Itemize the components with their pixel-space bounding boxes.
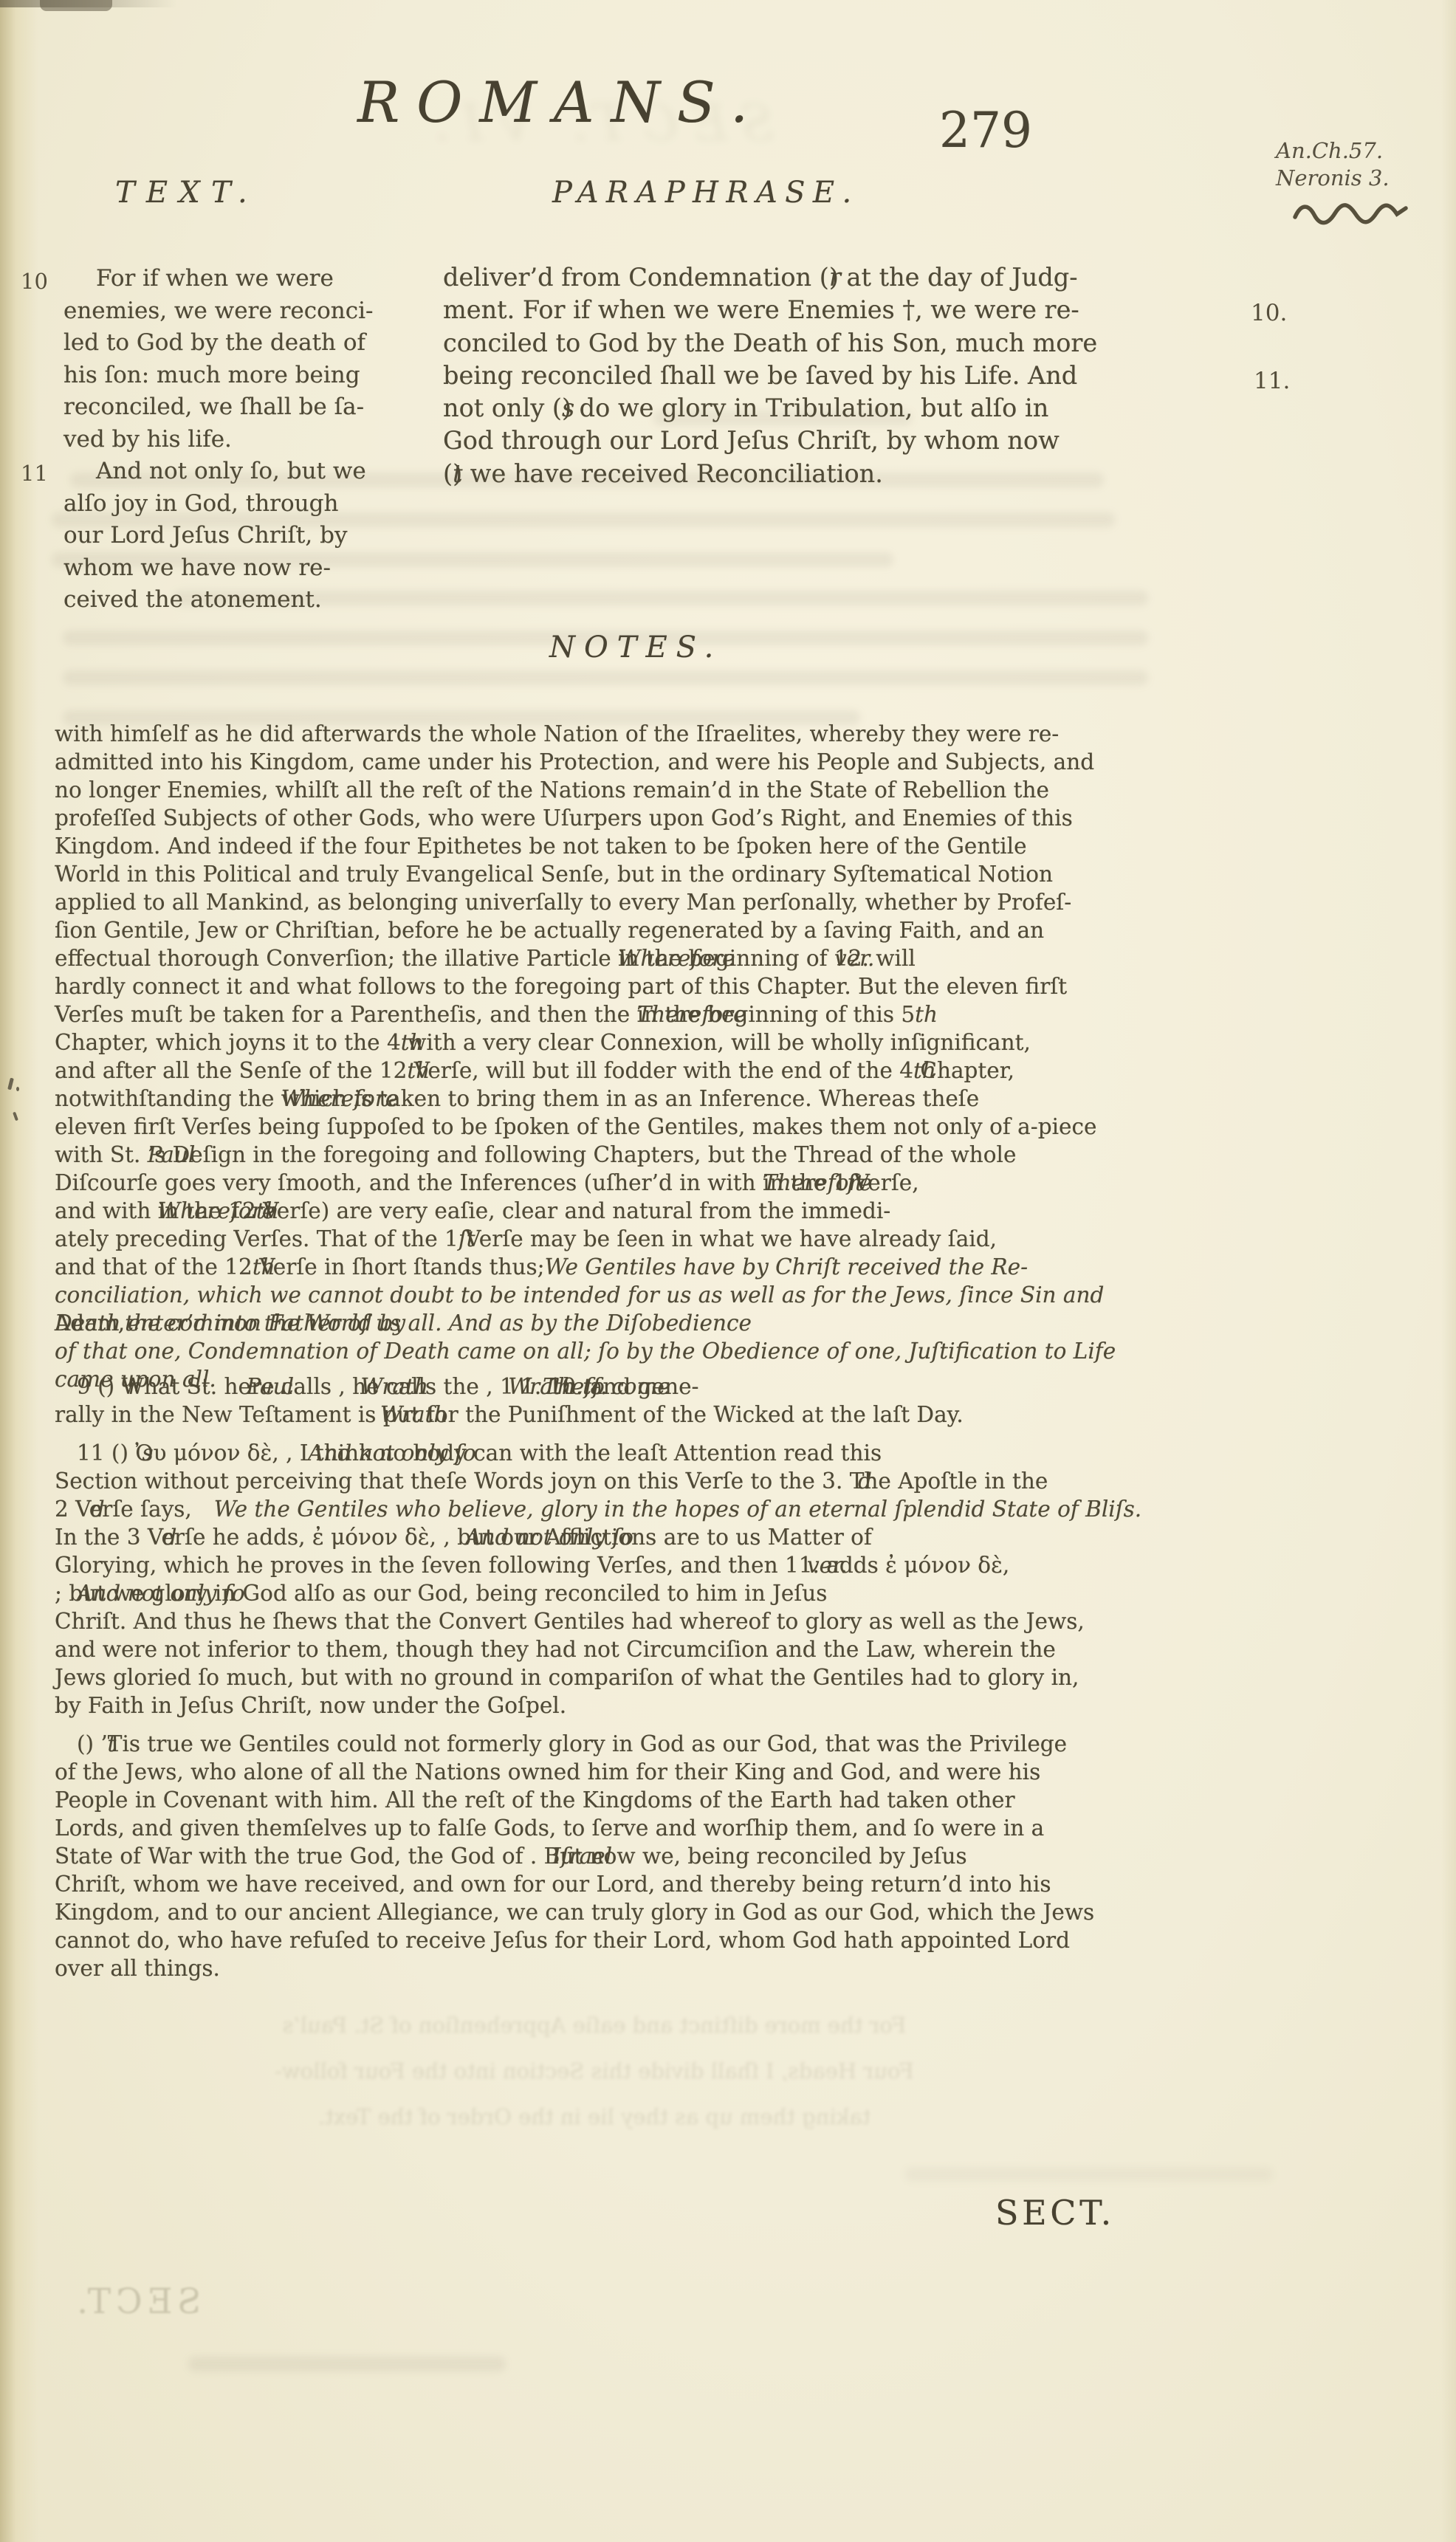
show-through-text-line: taking them up as they lie in the Order …	[63, 2104, 1126, 2129]
show-through-text-line: Four Heads, I ſhall divide this Section …	[63, 2058, 1126, 2084]
flourish-squiggle	[1292, 198, 1412, 227]
running-title: ROMANS.	[310, 69, 812, 135]
page-number: 279	[939, 102, 1032, 159]
catchword: SECT.	[995, 2193, 1115, 2233]
notes-paragraph-1: with himſelf as he did afterwards the wh…	[55, 720, 1195, 1365]
notes-paragraph-3: 11 (s) Ὀυ μόνον δὲ, And not only ſo, I t…	[55, 1439, 1195, 1720]
margin-note-reign: Neronis 3.	[1276, 165, 1431, 192]
scan-edge-artifact	[40, 0, 112, 11]
kjv-verse-11: And not only ſo, but wealſo joy in God, …	[63, 456, 436, 616]
notes-heading: NOTES.	[549, 631, 722, 664]
verse-number-11: 11	[21, 461, 48, 486]
page-edge-shading	[1441, 0, 1456, 2542]
notes-paragraph-2: 9 (r) What St. Paul here calls Wrath, he…	[55, 1373, 1195, 1429]
show-through-smudge	[63, 670, 1148, 685]
paraphrase-text: deliver’d from Condemnation (r) at the d…	[443, 261, 1189, 490]
show-through-catchword: SECT.	[44, 2281, 229, 2322]
verse-number-10: 10	[21, 269, 48, 294]
kjv-verse-10: For if when we wereenemies, we were reco…	[63, 263, 436, 456]
paraphrase-column-heading: PARAPHRASE.	[552, 176, 859, 210]
notes-paragraph-4: (t) ’Tis true we Gentiles could not form…	[55, 1730, 1195, 1982]
ink-speck	[16, 1087, 19, 1091]
show-through-smudge	[904, 2167, 1274, 2182]
show-through-smudge	[188, 2357, 506, 2371]
paraphrase-verse-marker-10: 10.	[1251, 300, 1287, 326]
kjv-text-column: For if when we wereenemies, we were reco…	[63, 263, 436, 616]
margin-note: An.Ch.57. Neronis 3.	[1276, 137, 1431, 192]
margin-note-year: An.Ch.57.	[1276, 137, 1431, 165]
page-gutter-shading	[0, 0, 38, 2542]
paraphrase-verse-marker-11: 11.	[1254, 368, 1290, 394]
book-page-scan: SECT. VI. For the more diſtinct and eaſi…	[0, 0, 1456, 2542]
show-through-text-line: For the more diſtinct and eaſie Apprehen…	[63, 2013, 1126, 2038]
notes-body: with himſelf as he did afterwards the wh…	[55, 720, 1195, 1982]
text-column-heading: TEXT.	[115, 176, 258, 210]
